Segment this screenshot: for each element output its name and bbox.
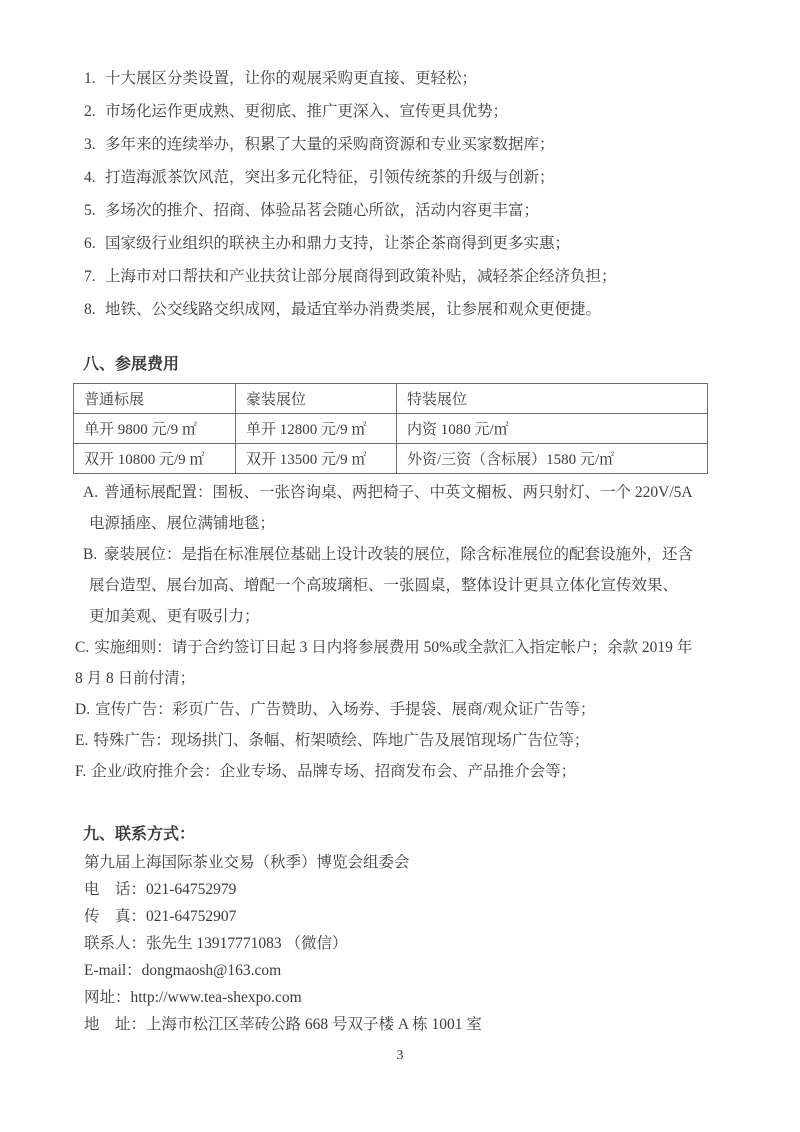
page-number: 3 — [0, 1046, 800, 1066]
table-cell: 单开 9800 元/9 ㎡ — [74, 414, 236, 444]
note-line: 电源插座、展位满铺地毯； — [0, 508, 800, 539]
contact-info: 第九届上海国际茶业交易（秋季）博览会组委会 电 话：021-64752979 传… — [0, 849, 800, 1038]
contact-phone: 电 话：021-64752979 — [0, 876, 800, 903]
document-page: 1.十大展区分类设置，让你的观展采购更直接、更轻松； 2.市场化运作更成熟、更彻… — [0, 0, 800, 1132]
item-text: 地铁、公交线路交织成网，最适宜举办消费类展，让参展和观众更便捷。 — [105, 301, 601, 318]
note-text: 更加美观、更有吸引力； — [89, 608, 260, 625]
item-number: 8. — [84, 293, 105, 326]
note-text: 展台造型、展台加高、增配一个高玻璃柜、一张圆桌，整体设计更具立体化宣传效果、 — [89, 577, 678, 594]
item-text: 多场次的推介、招商、体验品茗会随心所欲，活动内容更丰富； — [105, 202, 539, 219]
item-text: 打造海派茶饮风范，突出多元化特征，引领传统茶的升级与创新； — [105, 169, 555, 186]
contact-address: 地 址：上海市松江区莘砖公路 668 号双子楼 A 栋 1001 室 — [0, 1011, 800, 1038]
contact-fax: 传 真：021-64752907 — [0, 903, 800, 930]
contact-email: E-mail：dongmaosh@163.com — [0, 957, 800, 984]
note-line: 展台造型、展台加高、增配一个高玻璃柜、一张圆桌，整体设计更具立体化宣传效果、 — [0, 570, 800, 601]
fees-table-container: 普通标展 豪装展位 特装展位 单开 9800 元/9 ㎡ 单开 12800 元/… — [0, 383, 800, 474]
note-line: 更加美观、更有吸引力； — [0, 601, 800, 632]
note-text: 宣传广告：彩页广告、广告赞助、入场券、手提袋、展商/观众证广告等； — [95, 701, 595, 718]
table-header-cell: 特装展位 — [397, 384, 708, 414]
table-row: 单开 9800 元/9 ㎡ 单开 12800 元/9 ㎡ 内资 1080 元/㎡ — [74, 414, 708, 444]
item-number: 2. — [84, 95, 105, 128]
item-text: 国家级行业组织的联袂主办和鼎力支持，让茶企茶商得到更多实惠； — [105, 235, 570, 252]
contact-organizer: 第九届上海国际茶业交易（秋季）博览会组委会 — [0, 849, 800, 876]
table-cell: 内资 1080 元/㎡ — [397, 414, 708, 444]
note-text: 电源插座、展位满铺地毯； — [89, 515, 275, 532]
note-line: A.普通标展配置：围板、一张咨询桌、两把椅子、中英文楣板、两只射灯、一个 220… — [0, 477, 800, 508]
list-item: 8.地铁、公交线路交织成网，最适宜举办消费类展，让参展和观众更便捷。 — [0, 293, 800, 326]
note-text: 实施细则：请于合约签订日起 3 日内将参展费用 50%或全款汇入指定帐户；余款 … — [94, 639, 692, 656]
item-number: 5. — [84, 194, 105, 227]
table-cell: 外资/三资（含标展）1580 元/㎡ — [397, 444, 708, 474]
item-text: 多年来的连续举办，积累了大量的采购商资源和专业买家数据库； — [105, 136, 555, 153]
note-text: 豪装展位：是指在标准展位基础上设计改装的展位，除含标准展位的配套设施外，还含 — [104, 546, 693, 563]
item-number: 6. — [84, 227, 105, 260]
table-header-cell: 豪装展位 — [236, 384, 397, 414]
note-text: 特殊广告：现场拱门、条幅、桁架喷绘、阵地广告及展馆现场广告位等； — [93, 732, 589, 749]
list-item: 4.打造海派茶饮风范，突出多元化特征，引领传统茶的升级与创新； — [0, 161, 800, 194]
note-label: E. — [75, 725, 88, 756]
fee-notes: A.普通标展配置：围板、一张咨询桌、两把椅子、中英文楣板、两只射灯、一个 220… — [0, 477, 800, 787]
section-heading-contact: 九、联系方式： — [0, 824, 800, 846]
note-label: C. — [75, 632, 89, 663]
note-line: B.豪装展位：是指在标准展位基础上设计改装的展位，除含标准展位的配套设施外，还含 — [0, 539, 800, 570]
table-header-cell: 普通标展 — [74, 384, 236, 414]
list-item: 3.多年来的连续举办，积累了大量的采购商资源和专业买家数据库； — [0, 128, 800, 161]
table-cell: 单开 12800 元/9 ㎡ — [236, 414, 397, 444]
note-text: 企业/政府推介会：企业专场、品牌专场、招商发布会、产品推介会等； — [91, 763, 576, 780]
fees-table: 普通标展 豪装展位 特装展位 单开 9800 元/9 ㎡ 单开 12800 元/… — [73, 383, 708, 474]
item-text: 市场化运作更成熟、更彻底、推广更深入、宣传更具优势； — [105, 103, 508, 120]
list-item: 2.市场化运作更成熟、更彻底、推广更深入、宣传更具优势； — [0, 95, 800, 128]
note-text: 8 月 8 日前付清； — [75, 670, 195, 687]
table-row: 双开 10800 元/9 ㎡ 双开 13500 元/9 ㎡ 外资/三资（含标展）… — [74, 444, 708, 474]
item-text: 上海市对口帮扶和产业扶贫让部分展商得到政策补贴，减轻茶企经济负担； — [105, 268, 617, 285]
item-number: 4. — [84, 161, 105, 194]
list-item: 7.上海市对口帮扶和产业扶贫让部分展商得到政策补贴，减轻茶企经济负担； — [0, 260, 800, 293]
note-text: 普通标展配置：围板、一张咨询桌、两把椅子、中英文楣板、两只射灯、一个 220V/… — [104, 484, 693, 501]
table-cell: 双开 13500 元/9 ㎡ — [236, 444, 397, 474]
note-line: C.实施细则：请于合约签订日起 3 日内将参展费用 50%或全款汇入指定帐户；余… — [0, 632, 800, 663]
table-header-row: 普通标展 豪装展位 特装展位 — [74, 384, 708, 414]
note-line: D.宣传广告：彩页广告、广告赞助、入场券、手提袋、展商/观众证广告等； — [0, 694, 800, 725]
note-label: F. — [75, 756, 86, 787]
item-text: 十大展区分类设置，让你的观展采购更直接、更轻松； — [105, 70, 477, 87]
list-item: 6.国家级行业组织的联袂主办和鼎力支持，让茶企茶商得到更多实惠； — [0, 227, 800, 260]
note-label: D. — [75, 694, 90, 725]
item-number: 7. — [84, 260, 105, 293]
contact-website: 网址：http://www.tea-shexpo.com — [0, 984, 800, 1011]
note-line: F.企业/政府推介会：企业专场、品牌专场、招商发布会、产品推介会等； — [0, 756, 800, 787]
list-item: 1.十大展区分类设置，让你的观展采购更直接、更轻松； — [0, 62, 800, 95]
table-cell: 双开 10800 元/9 ㎡ — [74, 444, 236, 474]
item-number: 3. — [84, 128, 105, 161]
note-label: B. — [83, 539, 104, 570]
note-line: 8 月 8 日前付清； — [0, 663, 800, 694]
item-number: 1. — [84, 62, 105, 95]
section-heading-fees: 八、参展费用 — [0, 353, 800, 377]
list-item: 5.多场次的推介、招商、体验品茗会随心所欲，活动内容更丰富； — [0, 194, 800, 227]
note-line: E.特殊广告：现场拱门、条幅、桁架喷绘、阵地广告及展馆现场广告位等； — [0, 725, 800, 756]
contact-person: 联系人：张先生 13917771083 （微信） — [0, 930, 800, 957]
note-label: A. — [83, 477, 104, 508]
advantages-list: 1.十大展区分类设置，让你的观展采购更直接、更轻松； 2.市场化运作更成熟、更彻… — [0, 62, 800, 326]
